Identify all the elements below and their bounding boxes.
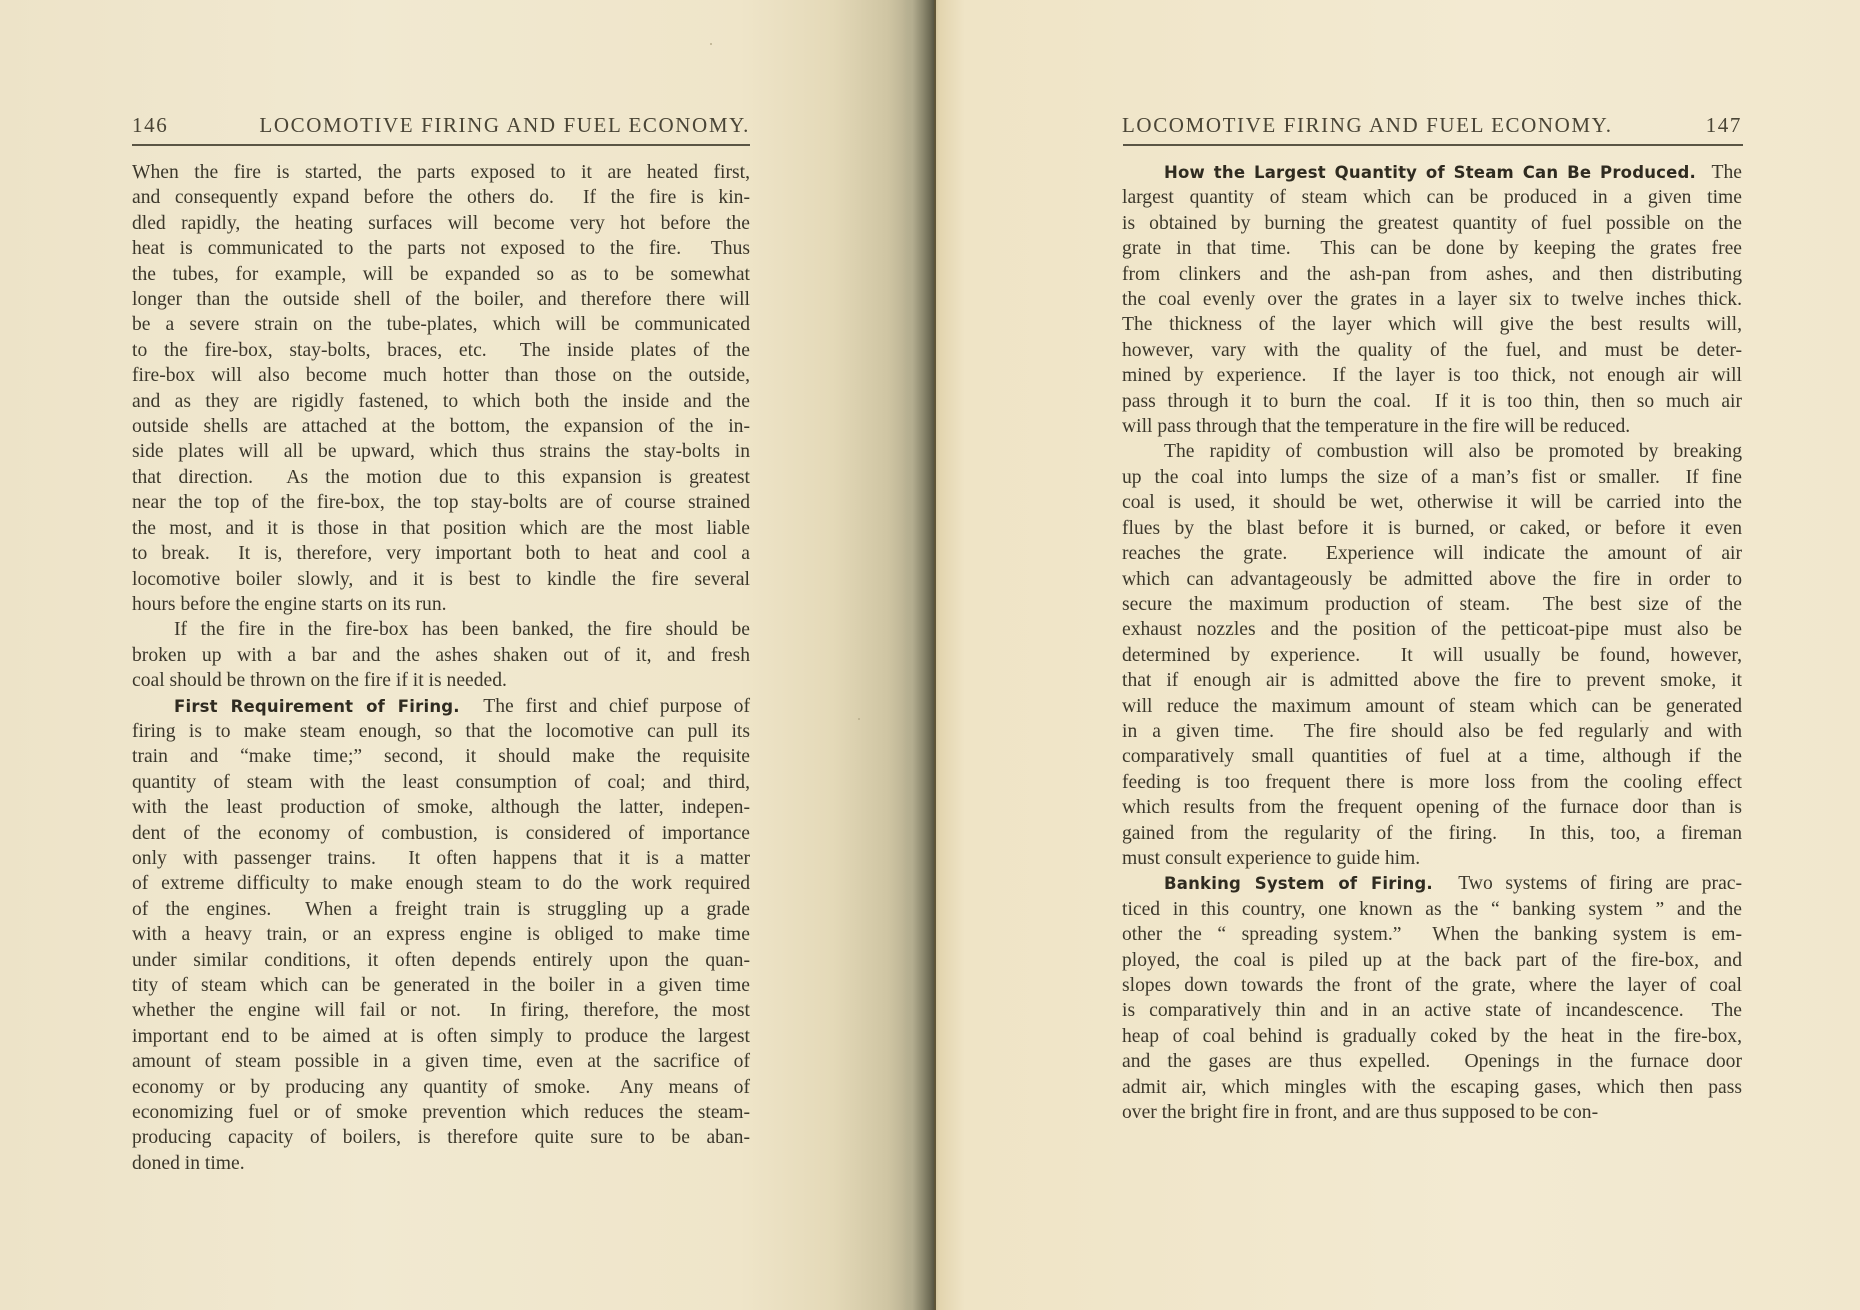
left-running-head: 146 LOCOMOTIVE FIRING AND FUEL ECONOMY. <box>132 108 750 138</box>
text-line: If the fire in the fire-box has been ban… <box>132 617 750 642</box>
text-line: flues by the blast before it is burned, … <box>1122 516 1742 541</box>
text-line: which results from the frequent opening … <box>1122 795 1742 820</box>
text-line: will reduce the maximum amount of steam … <box>1122 694 1742 719</box>
text-line: producing capacity of boilers, is theref… <box>132 1125 750 1150</box>
text-line: hours before the engine starts on its ru… <box>132 592 750 617</box>
paragraph: Banking System of Firing. Two systems of… <box>1122 871 1742 1125</box>
text-line: will pass through that the temperature i… <box>1122 414 1742 439</box>
left-page-number: 146 <box>132 113 168 138</box>
text-line: How the Largest Quantity of Steam Can Be… <box>1122 160 1742 185</box>
text-line: of extreme difficulty to make enough ste… <box>132 871 750 896</box>
text-line: dent of the economy of combustion, is co… <box>132 821 750 846</box>
text-line: up the coal into lumps the size of a man… <box>1122 465 1742 490</box>
right-header-rule <box>1123 144 1743 146</box>
text-line: side plates will all be upward, which th… <box>132 439 750 464</box>
text-line: which can advantageously be admitted abo… <box>1122 567 1742 592</box>
text-line: coal should be thrown on the fire if it … <box>132 668 750 693</box>
text-line: coal is used, it should be wet, otherwis… <box>1122 490 1742 515</box>
text-line: under similar conditions, it often depen… <box>132 948 750 973</box>
text-line: with a heavy train, or an express engine… <box>132 922 750 947</box>
paper-speck <box>710 43 712 45</box>
paper-speck <box>858 718 860 720</box>
text-line: heap of coal behind is gradually coked b… <box>1122 1024 1742 1049</box>
text-line: to break. It is, therefore, very importa… <box>132 541 750 566</box>
text-line: be a severe strain on the tube-plates, w… <box>132 312 750 337</box>
left-header-rule <box>132 144 750 146</box>
text-line: Banking System of Firing. Two systems of… <box>1122 871 1742 896</box>
text-line: First Requirement of Firing. The first a… <box>132 694 750 719</box>
text-line: whether the engine will fail or not. In … <box>132 998 750 1023</box>
text-line: and as they are rigidly fastened, to whi… <box>132 389 750 414</box>
text-line: from clinkers and the ash-pan from ashes… <box>1122 262 1742 287</box>
left-page-body: When the fire is started, the parts expo… <box>132 160 750 1176</box>
text-line: doned in time. <box>132 1151 750 1176</box>
text-line: heat is communicated to the parts not ex… <box>132 236 750 261</box>
book-spine-shadow <box>902 0 936 1310</box>
left-running-title: LOCOMOTIVE FIRING AND FUEL ECONOMY. <box>259 113 750 138</box>
text-line: other the “ spreading system.” When the … <box>1122 922 1742 947</box>
text-line: quantity of steam with the least consump… <box>132 770 750 795</box>
text-line: ployed, the coal is piled up at the back… <box>1122 948 1742 973</box>
text-line: economy or by producing any quantity of … <box>132 1075 750 1100</box>
text-line: and the gases are thus expelled. Opening… <box>1122 1049 1742 1074</box>
book-gutter-line <box>934 0 936 1310</box>
text-line: slopes down towards the front of the gra… <box>1122 973 1742 998</box>
right-page-body: How the Largest Quantity of Steam Can Be… <box>1122 160 1742 1125</box>
text-line: important end to be aimed at is often si… <box>132 1024 750 1049</box>
paragraph: First Requirement of Firing. The first a… <box>132 694 750 1177</box>
text-line: that direction. As the motion due to thi… <box>132 465 750 490</box>
paragraph: When the fire is started, the parts expo… <box>132 160 750 617</box>
paragraph: How the Largest Quantity of Steam Can Be… <box>1122 160 1742 439</box>
text-line: exhaust nozzles and the position of the … <box>1122 617 1742 642</box>
text-line: ticed in this country, one known as the … <box>1122 897 1742 922</box>
text-line: longer than the outside shell of the boi… <box>132 287 750 312</box>
paragraph: If the fire in the fire-box has been ban… <box>132 617 750 693</box>
text-line: tity of steam which can be generated in … <box>132 973 750 998</box>
text-line: the coal evenly over the grates in a lay… <box>1122 287 1742 312</box>
text-line: The rapidity of combustion will also be … <box>1122 439 1742 464</box>
text-line: economizing fuel or of smoke prevention … <box>132 1100 750 1125</box>
text-line: of the engines. When a freight train is … <box>132 897 750 922</box>
text-line: the most, and it is those in that positi… <box>132 516 750 541</box>
section-heading: How the Largest Quantity of Steam Can Be… <box>1164 163 1696 182</box>
text-line: and consequently expand before the other… <box>132 185 750 210</box>
text-line: broken up with a bar and the ashes shake… <box>132 643 750 668</box>
text-line: only with passenger trains. It often hap… <box>132 846 750 871</box>
text-line: to the fire-box, stay-bolts, braces, etc… <box>132 338 750 363</box>
text-line: grate in that time. This can be done by … <box>1122 236 1742 261</box>
text-line: comparatively small quantities of fuel a… <box>1122 744 1742 769</box>
text-line: near the top of the fire-box, the top st… <box>132 490 750 515</box>
section-heading: Banking System of Firing. <box>1164 874 1433 893</box>
text-line: in a given time. The fire should also be… <box>1122 719 1742 744</box>
text-line: When the fire is started, the parts expo… <box>132 160 750 185</box>
text-line: secure the maximum production of steam. … <box>1122 592 1742 617</box>
text-line: The thickness of the layer which will gi… <box>1122 312 1742 337</box>
paragraph: The rapidity of combustion will also be … <box>1122 439 1742 871</box>
text-line: mined by experience. If the layer is too… <box>1122 363 1742 388</box>
text-line: is obtained by burning the greatest quan… <box>1122 211 1742 236</box>
text-line: fire-box will also become much hotter th… <box>132 363 750 388</box>
text-line: reaches the grate. Experience will indic… <box>1122 541 1742 566</box>
section-heading: First Requirement of Firing. <box>174 697 460 716</box>
text-line: over the bright fire in front, and are t… <box>1122 1100 1742 1125</box>
text-line: however, vary with the quality of the fu… <box>1122 338 1742 363</box>
text-line: determined by experience. It will usuall… <box>1122 643 1742 668</box>
text-line: is comparatively thin and in an active s… <box>1122 998 1742 1023</box>
text-line: admit air, which mingles with the escapi… <box>1122 1075 1742 1100</box>
right-running-head: LOCOMOTIVE FIRING AND FUEL ECONOMY. 147 <box>1122 108 1742 138</box>
right-page-number: 147 <box>1706 113 1742 138</box>
text-line: outside shells are attached at the botto… <box>132 414 750 439</box>
text-line: largest quantity of steam which can be p… <box>1122 185 1742 210</box>
right-running-title: LOCOMOTIVE FIRING AND FUEL ECONOMY. <box>1122 113 1613 138</box>
book-spread: 146 LOCOMOTIVE FIRING AND FUEL ECONOMY. … <box>0 0 1860 1310</box>
text-line: with the least production of smoke, alth… <box>132 795 750 820</box>
text-line: gained from the regularity of the firing… <box>1122 821 1742 846</box>
text-line: the tubes, for example, will be expanded… <box>132 262 750 287</box>
text-line: that if enough air is admitted above the… <box>1122 668 1742 693</box>
text-line: feeding is too frequent there is more lo… <box>1122 770 1742 795</box>
text-line: must consult experience to guide him. <box>1122 846 1742 871</box>
text-line: train and “make time;” second, it should… <box>132 744 750 769</box>
text-line: pass through it to burn the coal. If it … <box>1122 389 1742 414</box>
text-line: dled rapidly, the heating surfaces will … <box>132 211 750 236</box>
text-line: amount of steam possible in a given time… <box>132 1049 750 1074</box>
text-line: locomotive boiler slowly, and it is best… <box>132 567 750 592</box>
text-line: firing is to make steam enough, so that … <box>132 719 750 744</box>
